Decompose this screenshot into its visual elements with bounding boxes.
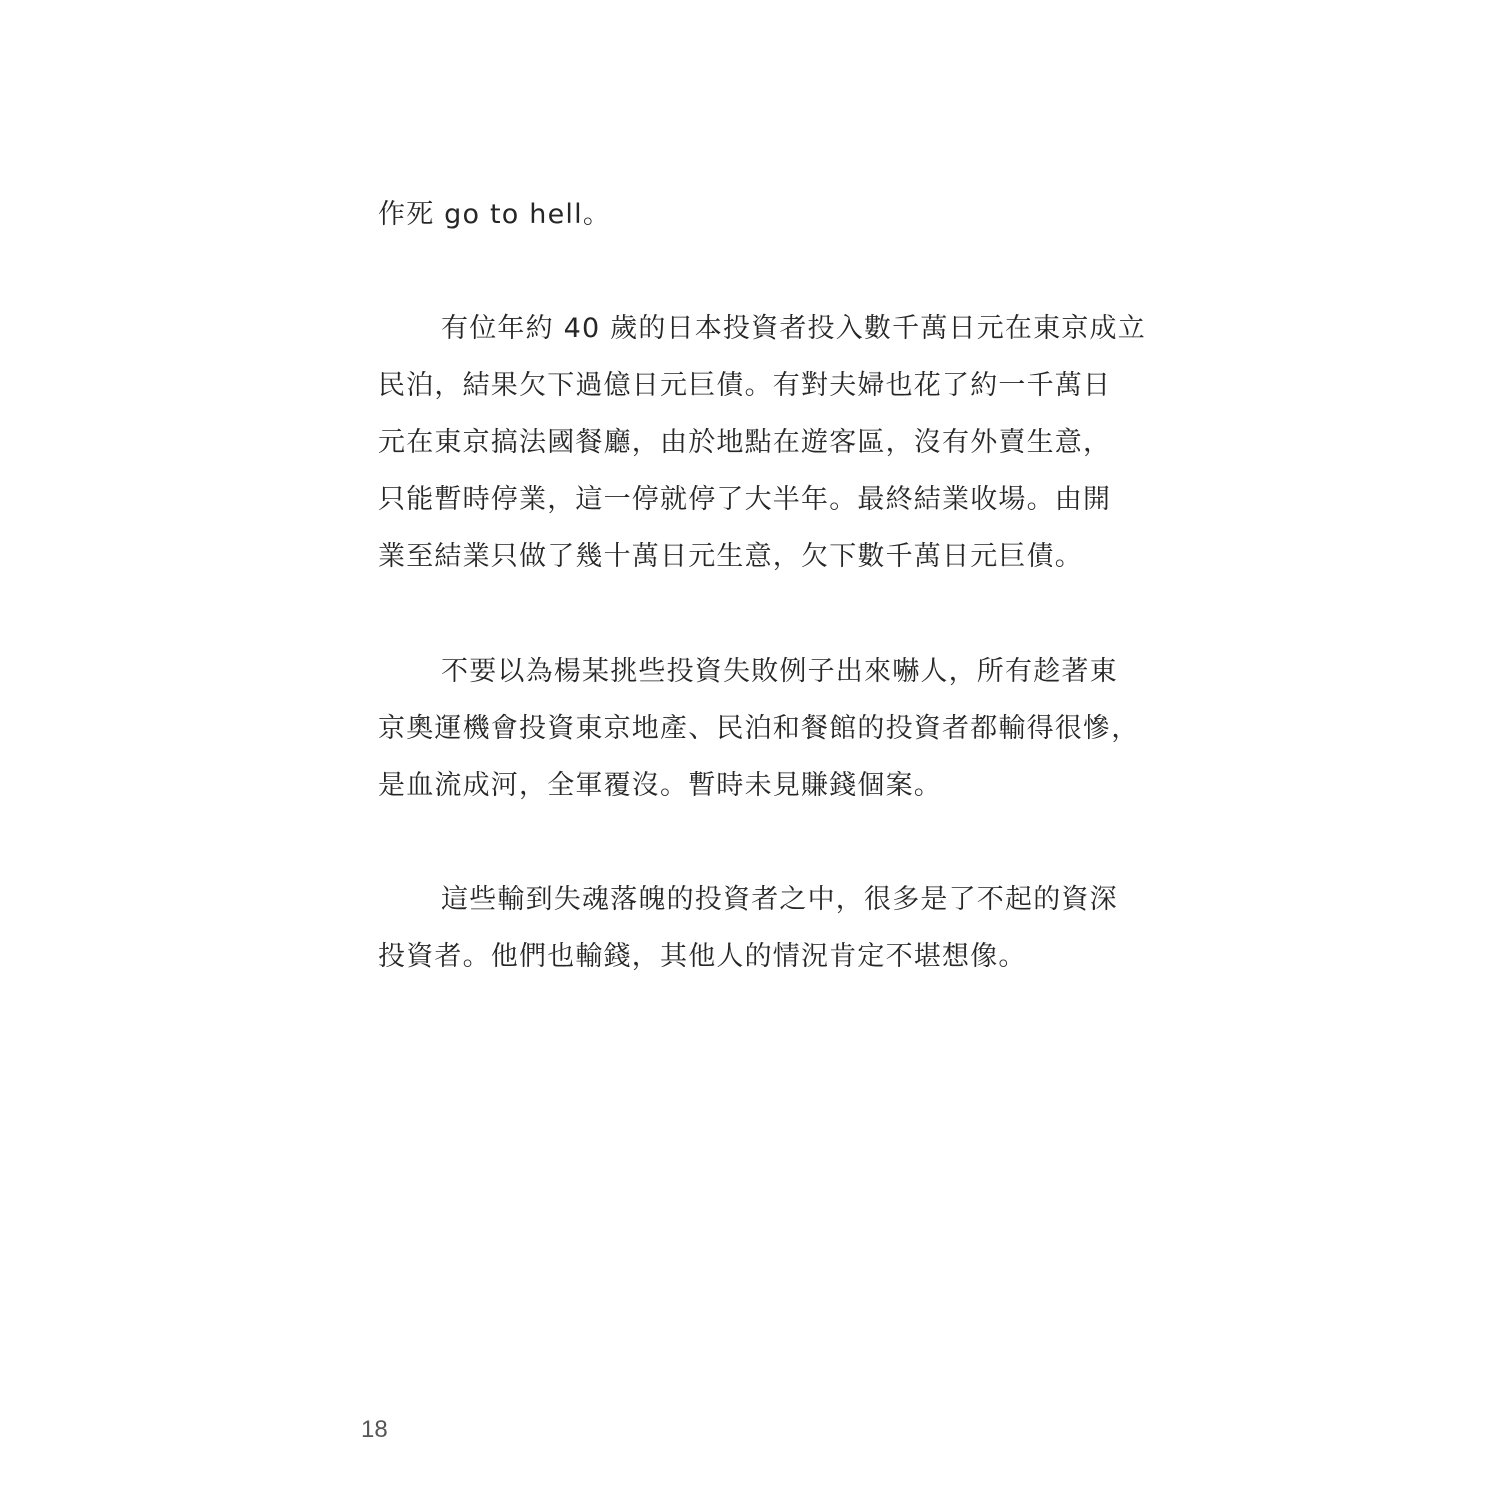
text-line: 元在東京搞法國餐廳，由於地點在遊客區，沒有外賣生意， [378, 414, 1168, 471]
text-line: 不要以為楊某挑些投資失敗例子出來嚇人，所有趁著東 [378, 643, 1168, 700]
text-line: 作死 go to hell。 [378, 186, 1168, 243]
text-line: 只能暫時停業，這一停就停了大半年。最終結業收場。由開 [378, 471, 1168, 528]
paragraph-1: 作死 go to hell。 [378, 186, 1168, 243]
text-line: 有位年約 40 歲的日本投資者投入數千萬日元在東京成立 [378, 300, 1168, 357]
paragraph-3: 不要以為楊某挑些投資失敗例子出來嚇人，所有趁著東 京奧運機會投資東京地產、民泊和… [378, 643, 1168, 814]
text-line: 民泊，結果欠下過億日元巨債。有對夫婦也花了約一千萬日 [378, 357, 1168, 414]
text-line: 這些輸到失魂落魄的投資者之中，很多是了不起的資深 [378, 871, 1168, 928]
paragraph-2: 有位年約 40 歲的日本投資者投入數千萬日元在東京成立 民泊，結果欠下過億日元巨… [378, 300, 1168, 585]
text-line: 是血流成河，全軍覆沒。暫時未見賺錢個案。 [378, 757, 1168, 814]
text-line: 業至結業只做了幾十萬日元生意，欠下數千萬日元巨債。 [378, 528, 1168, 585]
text-line: 京奧運機會投資東京地產、民泊和餐館的投資者都輸得很慘， [378, 700, 1168, 757]
text-line: 投資者。他們也輸錢，其他人的情況肯定不堪想像。 [378, 928, 1168, 985]
page-number: 18 [361, 1416, 388, 1444]
document-page: 作死 go to hell。 有位年約 40 歲的日本投資者投入數千萬日元在東京… [0, 0, 1500, 1500]
paragraph-4: 這些輸到失魂落魄的投資者之中，很多是了不起的資深 投資者。他們也輸錢，其他人的情… [378, 871, 1168, 985]
